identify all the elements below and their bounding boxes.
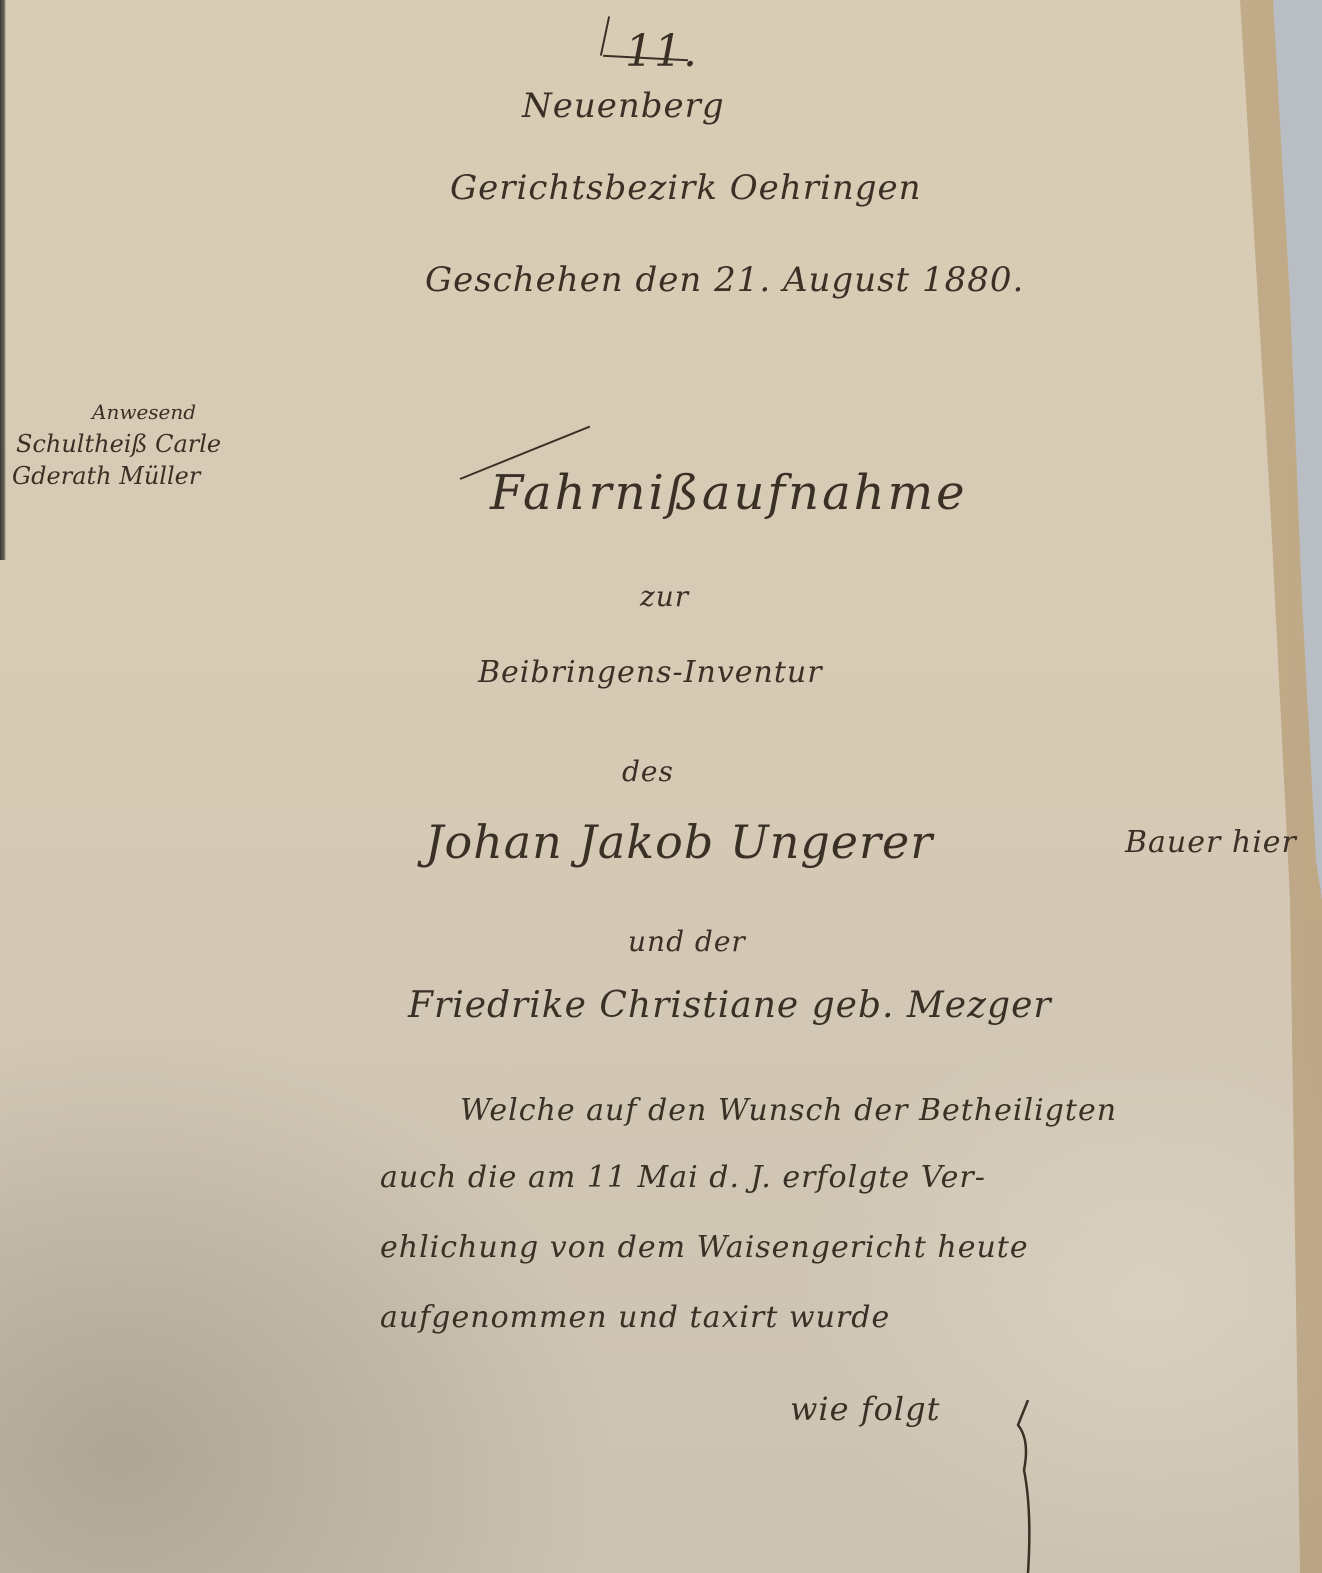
- margin-note-mayor: Schultheiß Carle: [16, 430, 346, 458]
- margin-note: Anwesend Schultheiß Carle Gderath Müller: [6, 400, 336, 490]
- closing-flourish: [1010, 1400, 1040, 1573]
- subtitle-connector: zur: [640, 580, 689, 613]
- and-connector: und der: [628, 925, 746, 958]
- document-title: Fahrnißaufnahme: [490, 465, 968, 521]
- body-line: Welche auf den Wunsch der Betheiligten: [460, 1093, 1117, 1128]
- of-connector: des: [622, 755, 674, 788]
- closing-phrase: wie folgt: [790, 1390, 940, 1428]
- husband-name: Johan Jakob Ungerer: [425, 815, 933, 869]
- court-district: Gerichtsbezirk Oehringen: [450, 168, 922, 208]
- document-subtitle: Beibringens-Inventur: [478, 655, 823, 690]
- place-name: Neuenberg: [522, 86, 725, 126]
- page-number: 11.: [625, 26, 698, 77]
- body-line: auch die am 11 Mai d. J. erfolgte Ver-: [380, 1160, 986, 1195]
- body-line: aufgenommen und taxirt wurde: [380, 1300, 890, 1335]
- husband-occupation: Bauer hier: [1125, 825, 1297, 860]
- margin-note-present: Anwesend: [92, 400, 422, 424]
- date-line: Geschehen den 21. August 1880.: [425, 260, 1024, 300]
- margin-note-councillor: Gderath Müller: [12, 462, 342, 490]
- body-line: ehlichung von dem Waisengericht heute: [380, 1230, 1029, 1265]
- wife-name: Friedrike Christiane geb. Mezger: [408, 985, 1052, 1026]
